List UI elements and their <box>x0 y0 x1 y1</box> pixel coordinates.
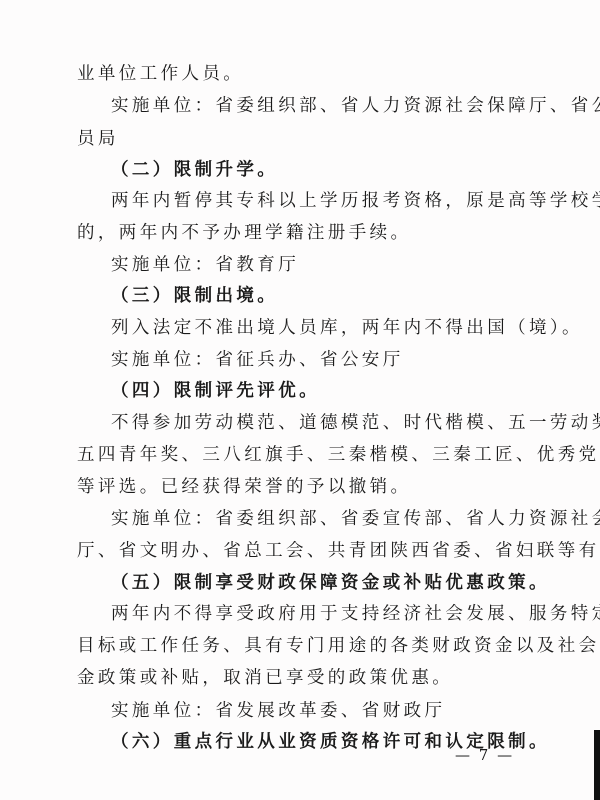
text-line: 目标或工作任务、具有专门用途的各类财政资金以及社会保障资 <box>77 635 600 657</box>
text-line: 列入法定不准出境人员库，两年内不得出国（境）。 <box>111 317 583 339</box>
text-line: 实施单位：省委组织部、省人力资源社会保障厅、省公务 <box>111 95 600 117</box>
text-line: 实施单位：省征兵办、省公安厅 <box>111 349 404 371</box>
text-line: 五四青年奖、三八红旗手、三秦楷模、三秦工匠、优秀党员团员 <box>77 444 600 466</box>
text-line: 两年内暂停其专科以上学历报考资格，原是高等学校学生 <box>111 190 600 212</box>
text-line: 两年内不得享受政府用于支持经济社会发展、服务特定正常 <box>111 603 600 625</box>
text-line: 实施单位：省发展改革委、省财政厅 <box>111 700 445 722</box>
text-line: 厅、省文明办、省总工会、共青团陕西省委、省妇联等有关部门 <box>77 540 600 562</box>
text-line: 实施单位：省委组织部、省委宣传部、省人力资源社会保障 <box>111 508 600 530</box>
section-heading: （二）限制升学。 <box>111 159 278 181</box>
text-line: 不得参加劳动模范、道德模范、时代楷模、五一劳动奖章、 <box>111 412 600 434</box>
text-line: 员局 <box>77 128 119 150</box>
text-line: 实施单位：省教育厅 <box>111 254 299 276</box>
text-line: 等评选。已经获得荣誉的予以撤销。 <box>77 476 411 498</box>
text-line: 金政策或补贴，取消已享受的政策优惠。 <box>77 667 453 689</box>
document-page: 业单位工作人员。 实施单位：省委组织部、省人力资源社会保障厅、省公务 员局 （二… <box>0 0 600 800</box>
section-heading: （三）限制出境。 <box>111 285 278 307</box>
section-heading: （四）限制评先评优。 <box>111 380 320 402</box>
section-heading: （五）限制享受财政保障资金或补贴优惠政策。 <box>111 572 550 594</box>
text-line: 业单位工作人员。 <box>77 63 244 85</box>
text-line: 的，两年内不予办理学籍注册手续。 <box>77 222 411 244</box>
scan-edge <box>594 730 600 800</box>
page-number: — 7 — <box>455 746 514 764</box>
